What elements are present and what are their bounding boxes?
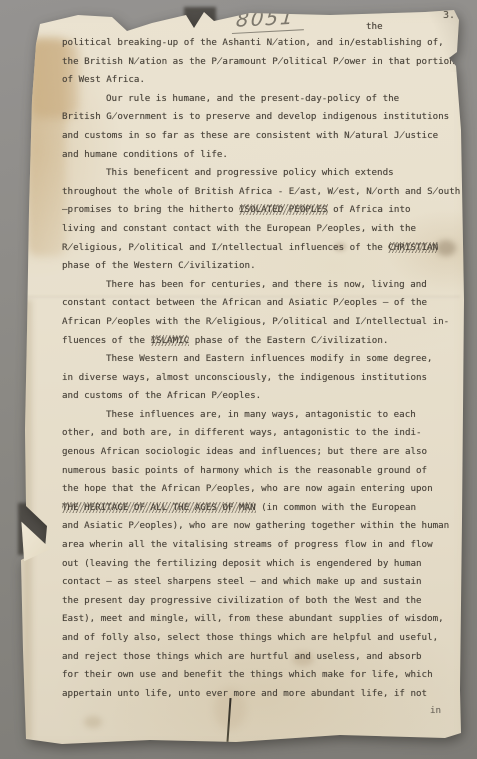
struck-through-text: THE HERITAGE OF ALL THE AGES OF MAN: [62, 502, 256, 513]
struck-through-text: ISOLATED PEOPLES: [239, 204, 328, 215]
struck-through-text: CHRISTIAN: [388, 242, 438, 253]
typed-line: There has been for centuries, and there …: [62, 276, 468, 295]
typed-line: out (leaving the fertilizing deposit whi…: [62, 555, 468, 574]
typed-line: East), meet and mingle, will, from these…: [62, 610, 468, 629]
edge-stain: [22, 300, 32, 740]
struck-through-text: ISLAMIC: [151, 335, 190, 346]
typed-line: of West Africa.: [62, 71, 468, 90]
typed-line: These influences are, in many ways, anta…: [62, 406, 468, 425]
typed-line: constant contact between the African and…: [62, 294, 468, 313]
typed-line: These Western and Eastern influences mod…: [62, 350, 468, 369]
typed-line: phase of the Western C̸ivilization.: [62, 257, 468, 276]
stain-smudge: [84, 716, 102, 728]
typed-line: and reject those things which are hurtfu…: [62, 648, 468, 667]
paper-drop-shadow: 8051 3. the political breaking-up of the…: [0, 0, 477, 759]
typed-line: African P̸eoples with the R̸eligious, P̸…: [62, 313, 468, 332]
typed-line: R̸eligious, P̸olitical and I̸ntellectual…: [62, 239, 468, 258]
typed-line: THE HERITAGE OF ALL THE AGES OF MAN (in …: [62, 499, 468, 518]
page-number: 3.: [443, 10, 455, 21]
photograph-background: 8051 3. the political breaking-up of the…: [0, 0, 477, 759]
typed-line: the hope that the African P̸eoples, who …: [62, 480, 468, 499]
catchword: in: [430, 705, 441, 716]
typed-line: in diverse ways, almost unconsciously, t…: [62, 369, 468, 388]
typed-line: area wherin all the vitalising streams o…: [62, 536, 468, 555]
typed-line: and of folly also, select those things w…: [62, 629, 468, 648]
typed-line: and humane conditions of life.: [62, 146, 468, 165]
typed-line: for their own use and benefit the things…: [62, 666, 468, 685]
typed-line: appertain unto life, unto ever more and …: [62, 685, 468, 704]
typed-line: political breaking-up of the Ashanti N̸a…: [62, 34, 468, 53]
typed-line: British G̸overnment is to preserve and d…: [62, 108, 468, 127]
typed-line: and customs of the African P̸eoples.: [62, 387, 468, 406]
typed-text-block: political breaking-up of the Ashanti N̸a…: [62, 34, 468, 703]
typed-line: other, and both are, in different ways, …: [62, 424, 468, 443]
typed-line: Our rule is humane, and the present-day-…: [62, 90, 468, 109]
typed-line: and customs in so far as these are consi…: [62, 127, 468, 146]
typed-line: throughout the whole of British Africa -…: [62, 183, 468, 202]
typed-line: living and constant contact with the Eur…: [62, 220, 468, 239]
typed-line: numerous basic points of harmony which i…: [62, 462, 468, 481]
typed-line: and Asiatic P̸eoples), who are now gathe…: [62, 517, 468, 536]
interline-insertion: the: [366, 21, 383, 32]
typed-line: —promises to bring the hitherto ISOLATED…: [62, 201, 468, 220]
handwritten-catalog-number: 8051: [232, 4, 306, 34]
typed-line: fluences of the ISLAMIC phase of the Eas…: [62, 332, 468, 351]
typed-line: the British N̸ation as the P̸aramount P̸…: [62, 53, 468, 72]
typed-line: contact — as steel sharpens steel — and …: [62, 573, 468, 592]
typed-line: This beneficent and progressive policy w…: [62, 164, 468, 183]
document-page: 8051 3. the political breaking-up of the…: [0, 0, 477, 759]
typed-line: the present day progressive civilization…: [62, 592, 468, 611]
typed-line: genous African sociologic ideas and infl…: [62, 443, 468, 462]
